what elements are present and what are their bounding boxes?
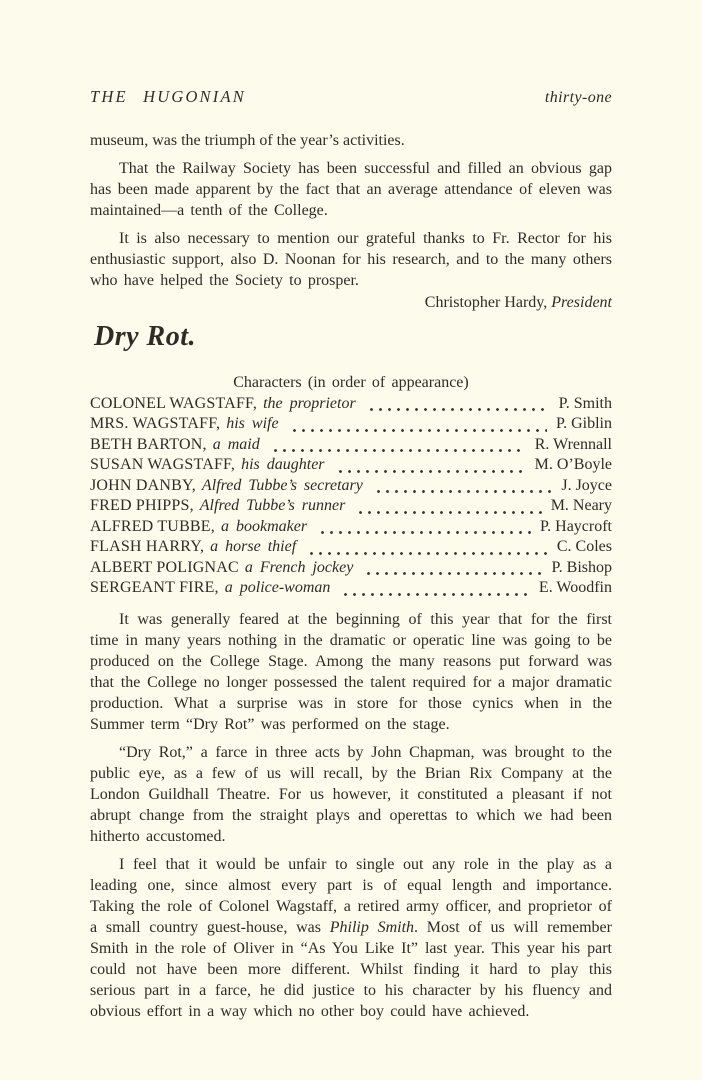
- cast-actor-name: P. Bishop: [552, 557, 612, 578]
- cast-actor-name: P. Haycroft: [540, 516, 612, 537]
- cast-character-role: Alfred Tubbe’s secretary: [202, 475, 363, 496]
- cast-character-name: SUSAN WAGSTAFF,: [90, 454, 235, 475]
- cast-row: JOHN DANBY,Alfred Tubbe’s secretaryJ. Jo…: [90, 475, 612, 496]
- cast-character-name: JOHN DANBY,: [90, 475, 196, 496]
- cast-character-name: FLASH HARRY,: [90, 536, 204, 557]
- cast-row: BETH BARTON,a maidR. Wrennall: [90, 434, 612, 455]
- magazine-title: THE HUGONIAN: [90, 86, 246, 107]
- cast-actor-name: P. Smith: [559, 393, 612, 414]
- leader-dots: [341, 591, 530, 598]
- running-header: THE HUGONIAN thirty-one: [90, 86, 612, 108]
- cast-character-name: ALFRED TUBBE,: [90, 516, 215, 537]
- society-report-paragraph-thanks: It is also necessary to mention our grat…: [90, 228, 612, 291]
- cast-actor-name: J. Joyce: [561, 475, 612, 496]
- cast-character-role: the proprietor: [263, 393, 356, 414]
- cast-character-name: MRS. WAGSTAFF,: [90, 413, 220, 434]
- cast-heading: Characters (in order of appearance): [90, 372, 612, 393]
- cast-actor-name: C. Coles: [557, 536, 612, 557]
- cast-character-role: a police-woman: [225, 577, 331, 598]
- cast-row: SUSAN WAGSTAFF,his daughterM. O’Boyle: [90, 454, 612, 475]
- cast-character-name: ALBERT POLIGNAC: [90, 557, 239, 578]
- page-number: thirty-one: [545, 87, 612, 108]
- article-paragraph-farce: “Dry Rot,” a farce in three acts by John…: [90, 742, 612, 847]
- cast-character-role: his daughter: [241, 454, 324, 475]
- signature-role: President: [551, 294, 612, 311]
- leader-dots: [307, 550, 548, 557]
- cast-actor-name: M. Neary: [551, 495, 612, 516]
- cast-character-name: BETH BARTON,: [90, 434, 207, 455]
- leader-dots: [290, 427, 547, 434]
- cast-row: COLONEL WAGSTAFF,the proprietorP. Smith: [90, 393, 612, 414]
- cast-character-role: a maid: [213, 434, 260, 455]
- leader-dots: [318, 529, 531, 536]
- leader-dots: [364, 570, 542, 577]
- cast-character-name: SERGEANT FIRE,: [90, 577, 219, 598]
- cast-character-name: COLONEL WAGSTAFF,: [90, 393, 257, 414]
- cast-character-role: a French jockey: [245, 557, 353, 578]
- cast-row: ALBERT POLIGNACa French jockeyP. Bishop: [90, 557, 612, 578]
- leader-dots: [356, 509, 541, 516]
- society-report-paragraph-railway: That the Railway Society has been succes…: [90, 158, 612, 221]
- cast-row: MRS. WAGSTAFF,his wifeP. Giblin: [90, 413, 612, 434]
- actor-name-emphasis: Philip Smith: [330, 919, 414, 936]
- article-paragraph-feared: It was generally feared at the beginning…: [90, 609, 612, 735]
- article-paragraph-roles: I feel that it would be unfair to single…: [90, 854, 612, 1022]
- leader-dots: [367, 406, 550, 413]
- magazine-page: THE HUGONIAN thirty-one museum, was the …: [0, 0, 702, 1080]
- cast-row: FLASH HARRY,a horse thiefC. Coles: [90, 536, 612, 557]
- cast-list: COLONEL WAGSTAFF,the proprietorP. Smith …: [90, 393, 612, 598]
- cast-row: FRED PHIPPS,Alfred Tubbe’s runnerM. Near…: [90, 495, 612, 516]
- leader-dots: [374, 488, 552, 495]
- cast-character-role: a bookmaker: [221, 516, 307, 537]
- leader-dots: [336, 468, 526, 475]
- signature-name: Christopher Hardy,: [425, 294, 552, 311]
- cast-character-role: a horse thief: [210, 536, 296, 557]
- cast-actor-name: P. Giblin: [556, 413, 612, 434]
- cast-character-role: Alfred Tubbe’s runner: [200, 495, 346, 516]
- cast-actor-name: E. Woodfin: [539, 577, 612, 598]
- cast-character-role: his wife: [226, 413, 278, 434]
- cast-character-name: FRED PHIPPS,: [90, 495, 194, 516]
- cast-actor-name: R. Wrennall: [535, 434, 612, 455]
- article-title: Dry Rot.: [94, 321, 612, 353]
- cast-actor-name: M. O’Boyle: [535, 454, 612, 475]
- leader-dots: [271, 447, 526, 454]
- cast-row: SERGEANT FIRE,a police-womanE. Woodfin: [90, 577, 612, 598]
- society-report-continuation: museum, was the triumph of the year’s ac…: [90, 130, 612, 151]
- cast-row: ALFRED TUBBE,a bookmakerP. Haycroft: [90, 516, 612, 537]
- society-report-signature: Christopher Hardy, President: [90, 292, 612, 313]
